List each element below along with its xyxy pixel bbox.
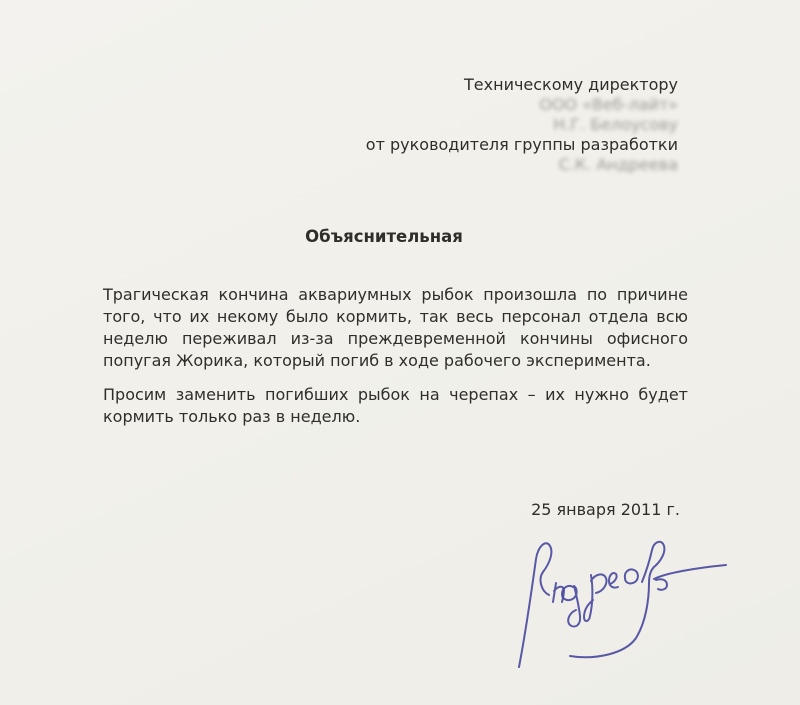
recipient-block: Техническому директоруООО «Веб-лайт»Н.Г.…: [366, 75, 678, 175]
recipient-line-blurred: ООО «Веб-лайт»: [366, 95, 678, 115]
text-line: Просим заменить погибших рыбок на черепа…: [103, 384, 688, 406]
text-line: Трагическая кончина аквариумных рыбок пр…: [103, 284, 688, 306]
recipient-line-blurred: С.К. Андреева: [366, 155, 678, 175]
document-date: 25 января 2011 г.: [531, 500, 680, 520]
text-line: того, что их некому было кормить, так ве…: [103, 306, 688, 328]
paragraph: Просим заменить погибших рыбок на черепа…: [103, 384, 688, 428]
text-line: попугая Жорика, который погиб в ходе раб…: [103, 350, 688, 372]
recipient-line-blurred: Н.Г. Белоусову: [366, 115, 678, 135]
text-line: неделю переживал из-за преждевременной к…: [103, 328, 688, 350]
document-title: Объяснительная: [103, 225, 665, 249]
recipient-line: от руководителя группы разработки: [366, 135, 678, 155]
text-line: кормить только раз в неделю.: [103, 406, 688, 428]
body-text: Трагическая кончина аквариумных рыбок пр…: [103, 284, 688, 440]
handwritten-signature-icon: [470, 525, 730, 685]
recipient-line: Техническому директору: [366, 75, 678, 95]
paragraph: Трагическая кончина аквариумных рыбок пр…: [103, 284, 688, 372]
scanned-letter-page: Техническому директоруООО «Веб-лайт»Н.Г.…: [0, 0, 800, 705]
